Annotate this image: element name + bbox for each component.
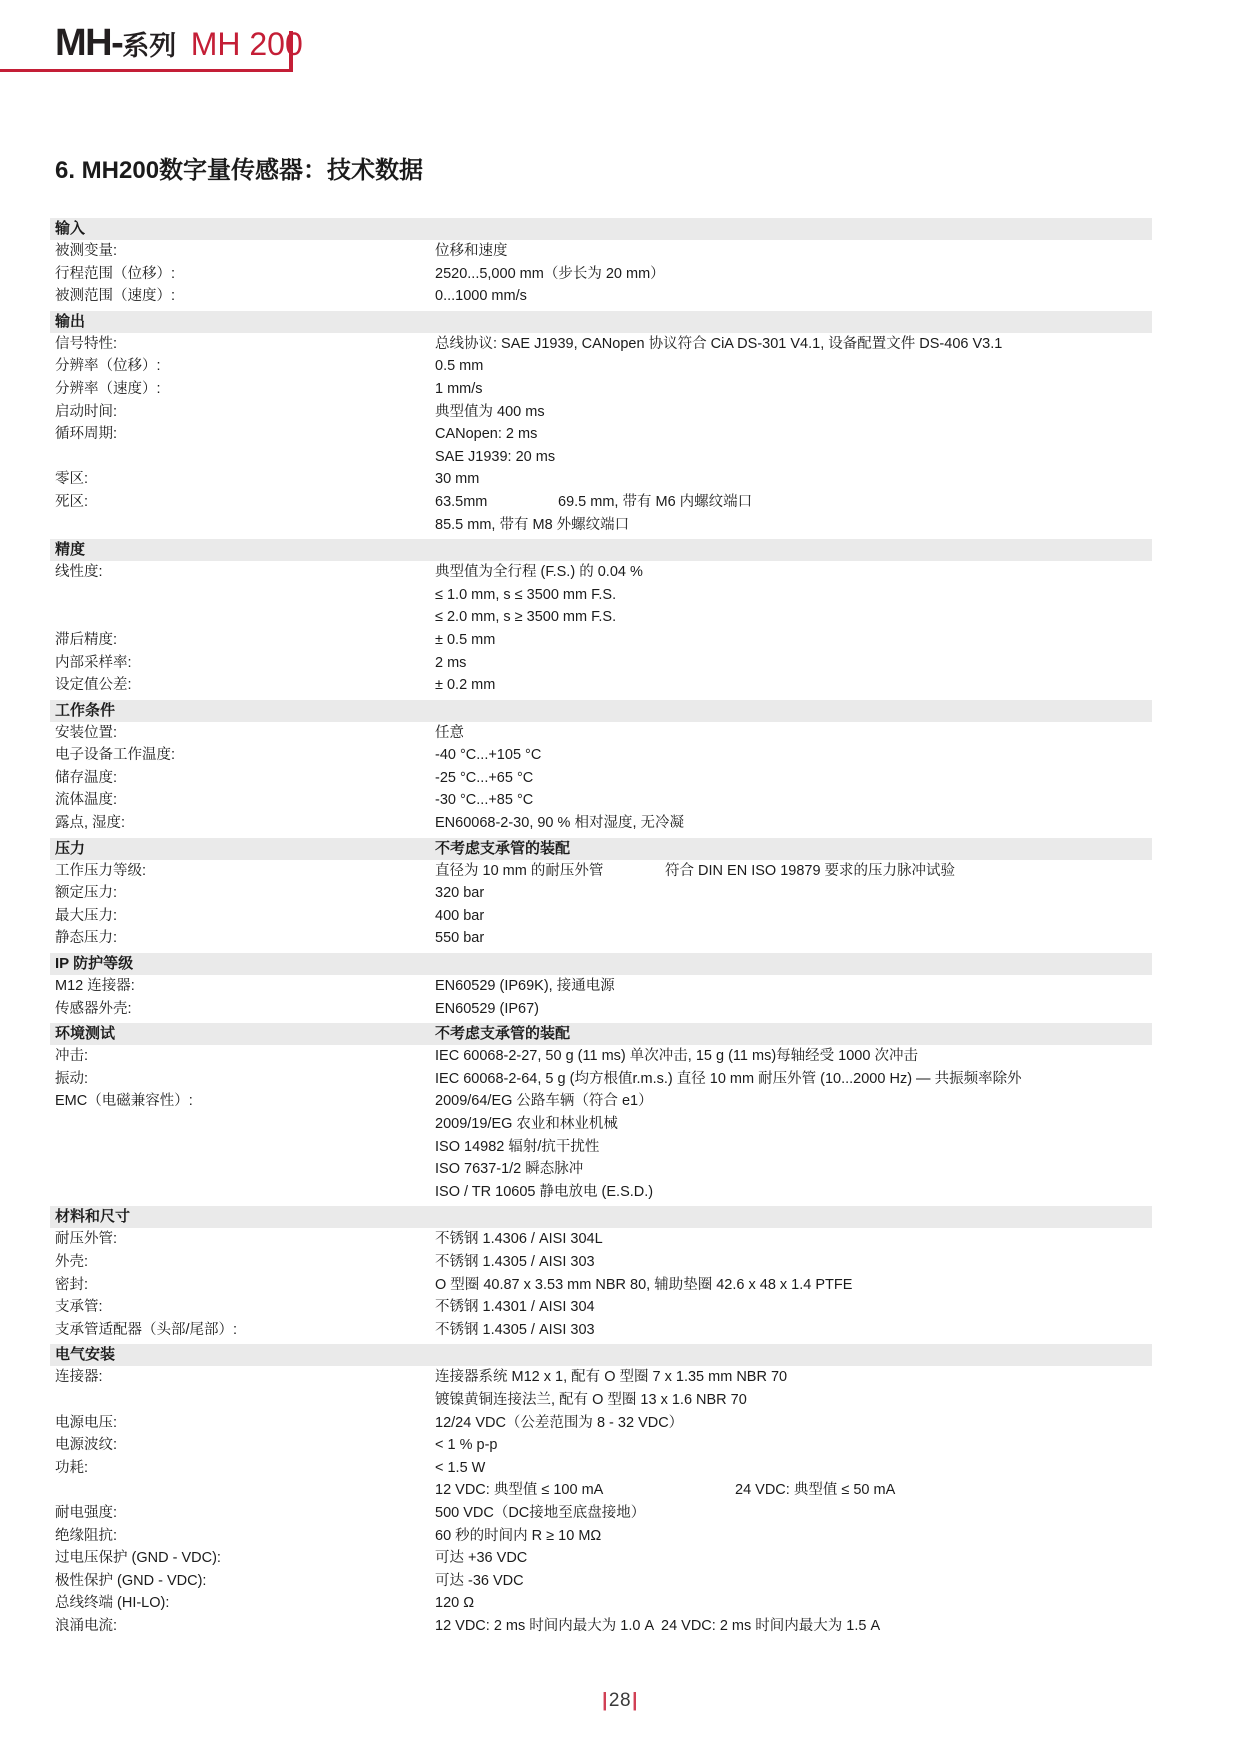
- spec-value: 不锈钢 1.4305 / AISI 303: [435, 1319, 1152, 1342]
- spec-label: 启动时间:: [50, 401, 435, 424]
- spec-value-text: 镀镍黄铜连接法兰, 配有 O 型圈 13 x 1.6 NBR 70: [435, 1392, 747, 1408]
- section-header: 精度: [50, 539, 1152, 561]
- spec-value: 不锈钢 1.4306 / AISI 304L: [435, 1228, 1152, 1251]
- page-title: 6. MH200数字量传感器：技术数据: [55, 150, 423, 185]
- page-number-value: 28: [608, 1690, 632, 1711]
- spec-value: 0...1000 mm/s: [435, 285, 1152, 308]
- spec-label: [50, 1181, 435, 1204]
- spec-value: 60 秒的时间内 R ≥ 10 MΩ: [435, 1525, 1152, 1548]
- spec-label: 被测范围（速度）:: [50, 285, 435, 308]
- page-header: MH-系列 MH 200: [55, 22, 303, 65]
- series-label: 系列: [122, 31, 176, 61]
- spec-value: 连接器系统 M12 x 1, 配有 O 型圈 7 x 1.35 mm NBR 7…: [435, 1366, 1152, 1389]
- spec-value-text: 12 VDC: 典型值 ≤ 100 mA: [435, 1482, 603, 1498]
- spec-value-text: 120 Ω: [435, 1595, 474, 1611]
- spec-row: 2009/19/EG 农业和林业机械: [50, 1113, 1152, 1136]
- spec-label: 额定压力:: [50, 882, 435, 905]
- spec-value: 2009/19/EG 农业和林业机械: [435, 1113, 1152, 1136]
- spec-row: 外壳:不锈钢 1.4305 / AISI 303: [50, 1251, 1152, 1274]
- spec-value: < 1.5 W: [435, 1457, 1152, 1480]
- spec-label: 耐压外管:: [50, 1228, 435, 1251]
- spec-value-text: 2009/19/EG 农业和林业机械: [435, 1116, 618, 1132]
- spec-value: ± 0.2 mm: [435, 674, 1152, 697]
- spec-table: 输入被测变量:位移和速度行程范围（位移）:2520...5,000 mm（步长为…: [50, 215, 1152, 1637]
- spec-value: 12 VDC: 典型值 ≤ 100 mA24 VDC: 典型值 ≤ 50 mA: [435, 1479, 1152, 1502]
- spec-value-text: 2520...5,000 mm（步长为 20 mm）: [435, 266, 665, 282]
- spec-value-text: 不锈钢 1.4306 / AISI 304L: [435, 1231, 603, 1247]
- spec-value-text: 85.5 mm, 带有 M8 外螺纹端口: [435, 517, 629, 533]
- spec-value-text: 24 VDC: 典型值 ≤ 50 mA: [735, 1479, 895, 1502]
- section-title: 工作条件: [55, 702, 115, 719]
- spec-value-text: 30 mm: [435, 471, 479, 487]
- spec-row: 工作压力等级:直径为 10 mm 的耐压外管符合 DIN EN ISO 1987…: [50, 860, 1152, 883]
- spec-row: 冲击:IEC 60068-2-27, 50 g (11 ms) 单次冲击, 15…: [50, 1045, 1152, 1068]
- spec-value-text: 12/24 VDC（公差范围为 8 - 32 VDC）: [435, 1415, 683, 1431]
- spec-value-text: 连接器系统 M12 x 1, 配有 O 型圈 7 x 1.35 mm NBR 7…: [435, 1369, 787, 1385]
- spec-value-text: -30 °C...+85 °C: [435, 792, 533, 808]
- spec-value-text: 0.5 mm: [435, 358, 483, 374]
- spec-value: < 1 % p-p: [435, 1434, 1152, 1457]
- spec-row: 传感器外壳:EN60529 (IP67): [50, 998, 1152, 1021]
- spec-value: 不锈钢 1.4305 / AISI 303: [435, 1251, 1152, 1274]
- spec-row: 绝缘阻抗:60 秒的时间内 R ≥ 10 MΩ: [50, 1525, 1152, 1548]
- spec-value-text: 不锈钢 1.4301 / AISI 304: [435, 1299, 595, 1315]
- section-title: 精度: [55, 541, 85, 558]
- spec-row: ISO 7637-1/2 瞬态脉冲: [50, 1158, 1152, 1181]
- spec-value-text: 典型值为 400 ms: [435, 404, 545, 420]
- spec-value: EN60529 (IP69K), 接通电源: [435, 975, 1152, 998]
- spec-value: -25 °C...+65 °C: [435, 767, 1152, 790]
- spec-value: 可达 +36 VDC: [435, 1547, 1152, 1570]
- spec-value-text: 2009/64/EG 公路车辆（符合 e1）: [435, 1093, 653, 1109]
- spec-value-text: SAE J1939: 20 ms: [435, 449, 555, 465]
- spec-value: IEC 60068-2-64, 5 g (均方根值r.m.s.) 直径 10 m…: [435, 1068, 1152, 1091]
- section-title: IP 防护等级: [55, 955, 133, 972]
- spec-label: 支承管适配器（头部/尾部）:: [50, 1319, 435, 1342]
- spec-value-text: 典型值为全行程 (F.S.) 的 0.04 %: [435, 564, 643, 580]
- spec-value-text: ≤ 1.0 mm, s ≤ 3500 mm F.S.: [435, 587, 616, 603]
- spec-value-text: 任意: [435, 725, 464, 741]
- spec-label: 耐电强度:: [50, 1502, 435, 1525]
- spec-value-text: IEC 60068-2-64, 5 g (均方根值r.m.s.) 直径 10 m…: [435, 1071, 1022, 1087]
- spec-row: 启动时间:典型值为 400 ms: [50, 401, 1152, 424]
- page-number-pipe-right: |: [632, 1690, 638, 1711]
- spec-label: [50, 1136, 435, 1159]
- spec-row: 支承管适配器（头部/尾部）:不锈钢 1.4305 / AISI 303: [50, 1319, 1152, 1342]
- section-title: 电气安装: [55, 1346, 115, 1363]
- spec-label: 功耗:: [50, 1457, 435, 1480]
- spec-label: 设定值公差:: [50, 674, 435, 697]
- spec-value: 不锈钢 1.4301 / AISI 304: [435, 1296, 1152, 1319]
- spec-value: 镀镍黄铜连接法兰, 配有 O 型圈 13 x 1.6 NBR 70: [435, 1389, 1152, 1412]
- spec-value-text: 69.5 mm, 带有 M6 内螺纹端口: [558, 491, 752, 514]
- spec-value: 12 VDC: 2 ms 时间内最大为 1.0 A24 VDC: 2 ms 时间…: [435, 1615, 1152, 1638]
- spec-row: 最大压力:400 bar: [50, 905, 1152, 928]
- spec-value: 直径为 10 mm 的耐压外管符合 DIN EN ISO 19879 要求的压力…: [435, 860, 1152, 883]
- spec-value: 320 bar: [435, 882, 1152, 905]
- spec-row: 浪涌电流:12 VDC: 2 ms 时间内最大为 1.0 A24 VDC: 2 …: [50, 1615, 1152, 1638]
- spec-label: 绝缘阻抗:: [50, 1525, 435, 1548]
- spec-label: [50, 1479, 435, 1502]
- spec-value-text: ≤ 2.0 mm, s ≥ 3500 mm F.S.: [435, 609, 616, 625]
- spec-row: 滞后精度:± 0.5 mm: [50, 629, 1152, 652]
- spec-label: 被测变量:: [50, 240, 435, 263]
- section-note: 不考虑支承管的装配: [435, 838, 570, 860]
- spec-value: ISO 14982 辐射/抗干扰性: [435, 1136, 1152, 1159]
- spec-label: [50, 606, 435, 629]
- spec-label: 流体温度:: [50, 789, 435, 812]
- spec-value: 400 bar: [435, 905, 1152, 928]
- spec-value: 位移和速度: [435, 240, 1152, 263]
- spec-row: 耐电强度:500 VDC（DC接地至底盘接地）: [50, 1502, 1152, 1525]
- model-label: MH 200: [191, 26, 303, 62]
- spec-value-text: 可达 +36 VDC: [435, 1550, 527, 1566]
- spec-label: 信号特性:: [50, 333, 435, 356]
- spec-value: EN60529 (IP67): [435, 998, 1152, 1021]
- spec-label: 储存温度:: [50, 767, 435, 790]
- spec-row: 功耗:< 1.5 W: [50, 1457, 1152, 1480]
- section-header: 压力不考虑支承管的装配: [50, 838, 1152, 860]
- spec-value-text: 不锈钢 1.4305 / AISI 303: [435, 1322, 595, 1338]
- spec-value-text: 直径为 10 mm 的耐压外管: [435, 863, 603, 879]
- spec-row: 露点, 湿度:EN60068-2-30, 90 % 相对湿度, 无冷凝: [50, 812, 1152, 835]
- section-title: 输出: [55, 313, 85, 330]
- section-title: 材料和尺寸: [55, 1208, 130, 1225]
- spec-row: 分辨率（位移）:0.5 mm: [50, 355, 1152, 378]
- spec-value-text: 不锈钢 1.4305 / AISI 303: [435, 1254, 595, 1270]
- spec-label: 分辨率（位移）:: [50, 355, 435, 378]
- spec-row: 信号特性:总线协议: SAE J1939, CANopen 协议符合 CiA D…: [50, 333, 1152, 356]
- spec-value: 120 Ω: [435, 1592, 1152, 1615]
- spec-value: 1 mm/s: [435, 378, 1152, 401]
- spec-label: 最大压力:: [50, 905, 435, 928]
- spec-label: [50, 1113, 435, 1136]
- spec-row: 死区:63.5mm69.5 mm, 带有 M6 内螺纹端口: [50, 491, 1152, 514]
- spec-row: SAE J1939: 20 ms: [50, 446, 1152, 469]
- spec-value: 500 VDC（DC接地至底盘接地）: [435, 1502, 1152, 1525]
- spec-label: [50, 1158, 435, 1181]
- spec-label: [50, 584, 435, 607]
- spec-value-text: 500 VDC（DC接地至底盘接地）: [435, 1505, 645, 1521]
- spec-label: 总线终端 (HI-LO):: [50, 1592, 435, 1615]
- spec-label: 零区:: [50, 468, 435, 491]
- spec-label: [50, 1389, 435, 1412]
- spec-row: 被测范围（速度）:0...1000 mm/s: [50, 285, 1152, 308]
- spec-value-text: 符合 DIN EN ISO 19879 要求的压力脉冲试验: [665, 860, 955, 883]
- section-title: 环境测试: [55, 1025, 115, 1042]
- spec-row: 额定压力:320 bar: [50, 882, 1152, 905]
- spec-value: ≤ 1.0 mm, s ≤ 3500 mm F.S.: [435, 584, 1152, 607]
- spec-value: -30 °C...+85 °C: [435, 789, 1152, 812]
- spec-value-text: 63.5mm: [435, 494, 487, 510]
- page-number: |28|: [0, 1690, 1240, 1712]
- spec-value-text: 550 bar: [435, 930, 484, 946]
- document-page: MH-系列 MH 200 6. MH200数字量传感器：技术数据 输入被测变量:…: [0, 0, 1240, 1754]
- spec-label: EMC（电磁兼容性）:: [50, 1090, 435, 1113]
- section-header: 电气安装: [50, 1344, 1152, 1366]
- spec-value: 30 mm: [435, 468, 1152, 491]
- spec-label: 连接器:: [50, 1366, 435, 1389]
- spec-value: O 型圈 40.87 x 3.53 mm NBR 80, 辅助垫圈 42.6 x…: [435, 1274, 1152, 1297]
- spec-row: 设定值公差:± 0.2 mm: [50, 674, 1152, 697]
- section-header: 输出: [50, 311, 1152, 333]
- spec-label: 支承管:: [50, 1296, 435, 1319]
- spec-value: 任意: [435, 722, 1152, 745]
- spec-value: 2009/64/EG 公路车辆（符合 e1）: [435, 1090, 1152, 1113]
- spec-value: ISO 7637-1/2 瞬态脉冲: [435, 1158, 1152, 1181]
- spec-label: 滞后精度:: [50, 629, 435, 652]
- spec-value-text: IEC 60068-2-27, 50 g (11 ms) 单次冲击, 15 g …: [435, 1048, 918, 1064]
- spec-row: 安装位置:任意: [50, 722, 1152, 745]
- spec-row: 电源波纹:< 1 % p-p: [50, 1434, 1152, 1457]
- spec-label: 过电压保护 (GND - VDC):: [50, 1547, 435, 1570]
- spec-label: 电源电压:: [50, 1412, 435, 1435]
- spec-row: 连接器:连接器系统 M12 x 1, 配有 O 型圈 7 x 1.35 mm N…: [50, 1366, 1152, 1389]
- spec-row: 静态压力:550 bar: [50, 927, 1152, 950]
- spec-row: ISO 14982 辐射/抗干扰性: [50, 1136, 1152, 1159]
- spec-value: 2520...5,000 mm（步长为 20 mm）: [435, 263, 1152, 286]
- spec-value-text: 60 秒的时间内 R ≥ 10 MΩ: [435, 1528, 601, 1544]
- section-header: 工作条件: [50, 700, 1152, 722]
- spec-value-text: 0...1000 mm/s: [435, 288, 527, 304]
- spec-value-text: ± 0.2 mm: [435, 677, 495, 693]
- spec-row: 行程范围（位移）:2520...5,000 mm（步长为 20 mm）: [50, 263, 1152, 286]
- spec-row: 极性保护 (GND - VDC):可达 -36 VDC: [50, 1570, 1152, 1593]
- spec-value: ISO / TR 10605 静电放电 (E.S.D.): [435, 1181, 1152, 1204]
- spec-row: 振动:IEC 60068-2-64, 5 g (均方根值r.m.s.) 直径 1…: [50, 1068, 1152, 1091]
- spec-row: 总线终端 (HI-LO):120 Ω: [50, 1592, 1152, 1615]
- spec-label: 浪涌电流:: [50, 1615, 435, 1638]
- spec-row: ISO / TR 10605 静电放电 (E.S.D.): [50, 1181, 1152, 1204]
- spec-label: 死区:: [50, 491, 435, 514]
- spec-row: M12 连接器:EN60529 (IP69K), 接通电源: [50, 975, 1152, 998]
- spec-value-text: 12 VDC: 2 ms 时间内最大为 1.0 A: [435, 1618, 654, 1634]
- spec-label: 行程范围（位移）:: [50, 263, 435, 286]
- spec-value-text: O 型圈 40.87 x 3.53 mm NBR 80, 辅助垫圈 42.6 x…: [435, 1277, 852, 1293]
- spec-row: 85.5 mm, 带有 M8 外螺纹端口: [50, 514, 1152, 537]
- spec-value-text: ISO 14982 辐射/抗干扰性: [435, 1139, 599, 1155]
- spec-row: 线性度:典型值为全行程 (F.S.) 的 0.04 %: [50, 561, 1152, 584]
- spec-label: 循环周期:: [50, 423, 435, 446]
- spec-label: 静态压力:: [50, 927, 435, 950]
- spec-row: 被测变量:位移和速度: [50, 240, 1152, 263]
- spec-value-text: CANopen: 2 ms: [435, 426, 537, 442]
- spec-row: 密封:O 型圈 40.87 x 3.53 mm NBR 80, 辅助垫圈 42.…: [50, 1274, 1152, 1297]
- spec-row: 过电压保护 (GND - VDC):可达 +36 VDC: [50, 1547, 1152, 1570]
- spec-value: 63.5mm69.5 mm, 带有 M6 内螺纹端口: [435, 491, 1152, 514]
- spec-value-text: 400 bar: [435, 908, 484, 924]
- spec-value: IEC 60068-2-27, 50 g (11 ms) 单次冲击, 15 g …: [435, 1045, 1152, 1068]
- spec-value: 2 ms: [435, 652, 1152, 675]
- spec-label: 冲击:: [50, 1045, 435, 1068]
- spec-label: 外壳:: [50, 1251, 435, 1274]
- spec-row: 零区:30 mm: [50, 468, 1152, 491]
- spec-value-text: 1 mm/s: [435, 381, 483, 397]
- spec-value-text: 位移和速度: [435, 243, 508, 259]
- spec-row: 电源电压:12/24 VDC（公差范围为 8 - 32 VDC）: [50, 1412, 1152, 1435]
- spec-value-text: < 1.5 W: [435, 1460, 485, 1476]
- spec-value-text: ISO / TR 10605 静电放电 (E.S.D.): [435, 1184, 653, 1200]
- section-title: 压力: [55, 840, 85, 857]
- spec-row: 支承管:不锈钢 1.4301 / AISI 304: [50, 1296, 1152, 1319]
- spec-value: ± 0.5 mm: [435, 629, 1152, 652]
- spec-value-text: 24 VDC: 2 ms 时间内最大为 1.5 A: [661, 1615, 880, 1638]
- spec-label: 振动:: [50, 1068, 435, 1091]
- spec-value: 总线协议: SAE J1939, CANopen 协议符合 CiA DS-301…: [435, 333, 1152, 356]
- spec-label: 传感器外壳:: [50, 998, 435, 1021]
- spec-value: 12/24 VDC（公差范围为 8 - 32 VDC）: [435, 1412, 1152, 1435]
- spec-label: 分辨率（速度）:: [50, 378, 435, 401]
- spec-label: 露点, 湿度:: [50, 812, 435, 835]
- spec-label: 电子设备工作温度:: [50, 744, 435, 767]
- header-rule: [0, 69, 293, 72]
- spec-label: 极性保护 (GND - VDC):: [50, 1570, 435, 1593]
- spec-value: 典型值为 400 ms: [435, 401, 1152, 424]
- spec-value-text: -40 °C...+105 °C: [435, 747, 541, 763]
- spec-row: 电子设备工作温度:-40 °C...+105 °C: [50, 744, 1152, 767]
- spec-value-text: ± 0.5 mm: [435, 632, 495, 648]
- spec-value: 0.5 mm: [435, 355, 1152, 378]
- section-header: IP 防护等级: [50, 953, 1152, 975]
- spec-label: 密封:: [50, 1274, 435, 1297]
- section-header: 环境测试不考虑支承管的装配: [50, 1023, 1152, 1045]
- section-note: 不考虑支承管的装配: [435, 1023, 570, 1045]
- spec-value: 550 bar: [435, 927, 1152, 950]
- spec-value-text: 可达 -36 VDC: [435, 1573, 524, 1589]
- spec-label: 安装位置:: [50, 722, 435, 745]
- spec-label: 电源波纹:: [50, 1434, 435, 1457]
- spec-value: 典型值为全行程 (F.S.) 的 0.04 %: [435, 561, 1152, 584]
- spec-row: EMC（电磁兼容性）:2009/64/EG 公路车辆（符合 e1）: [50, 1090, 1152, 1113]
- spec-value: CANopen: 2 ms: [435, 423, 1152, 446]
- spec-label: 线性度:: [50, 561, 435, 584]
- spec-value-text: EN60529 (IP69K), 接通电源: [435, 978, 615, 994]
- spec-row: ≤ 2.0 mm, s ≥ 3500 mm F.S.: [50, 606, 1152, 629]
- spec-value-text: EN60529 (IP67): [435, 1001, 539, 1017]
- spec-value: SAE J1939: 20 ms: [435, 446, 1152, 469]
- spec-row: 循环周期:CANopen: 2 ms: [50, 423, 1152, 446]
- spec-row: 内部采样率:2 ms: [50, 652, 1152, 675]
- spec-value-text: 320 bar: [435, 885, 484, 901]
- spec-row: 12 VDC: 典型值 ≤ 100 mA24 VDC: 典型值 ≤ 50 mA: [50, 1479, 1152, 1502]
- spec-row: 流体温度:-30 °C...+85 °C: [50, 789, 1152, 812]
- spec-row: 镀镍黄铜连接法兰, 配有 O 型圈 13 x 1.6 NBR 70: [50, 1389, 1152, 1412]
- spec-label: 内部采样率:: [50, 652, 435, 675]
- spec-value: 可达 -36 VDC: [435, 1570, 1152, 1593]
- spec-label: 工作压力等级:: [50, 860, 435, 883]
- series-prefix: MH-: [55, 22, 122, 64]
- section-title: 输入: [55, 220, 85, 237]
- spec-row: ≤ 1.0 mm, s ≤ 3500 mm F.S.: [50, 584, 1152, 607]
- section-header: 输入: [50, 218, 1152, 240]
- spec-row: 耐压外管:不锈钢 1.4306 / AISI 304L: [50, 1228, 1152, 1251]
- spec-value: EN60068-2-30, 90 % 相对湿度, 无冷凝: [435, 812, 1152, 835]
- spec-value-text: -25 °C...+65 °C: [435, 770, 533, 786]
- section-header: 材料和尺寸: [50, 1206, 1152, 1228]
- spec-value-text: EN60068-2-30, 90 % 相对湿度, 无冷凝: [435, 815, 684, 831]
- spec-value: 85.5 mm, 带有 M8 外螺纹端口: [435, 514, 1152, 537]
- spec-value-text: ISO 7637-1/2 瞬态脉冲: [435, 1161, 583, 1177]
- spec-value: -40 °C...+105 °C: [435, 744, 1152, 767]
- spec-value-text: 总线协议: SAE J1939, CANopen 协议符合 CiA DS-301…: [435, 336, 1002, 352]
- spec-label: [50, 514, 435, 537]
- spec-label: [50, 446, 435, 469]
- spec-label: M12 连接器:: [50, 975, 435, 998]
- spec-value-text: < 1 % p-p: [435, 1437, 497, 1453]
- spec-row: 储存温度:-25 °C...+65 °C: [50, 767, 1152, 790]
- spec-value: ≤ 2.0 mm, s ≥ 3500 mm F.S.: [435, 606, 1152, 629]
- spec-value-text: 2 ms: [435, 655, 466, 671]
- spec-row: 分辨率（速度）:1 mm/s: [50, 378, 1152, 401]
